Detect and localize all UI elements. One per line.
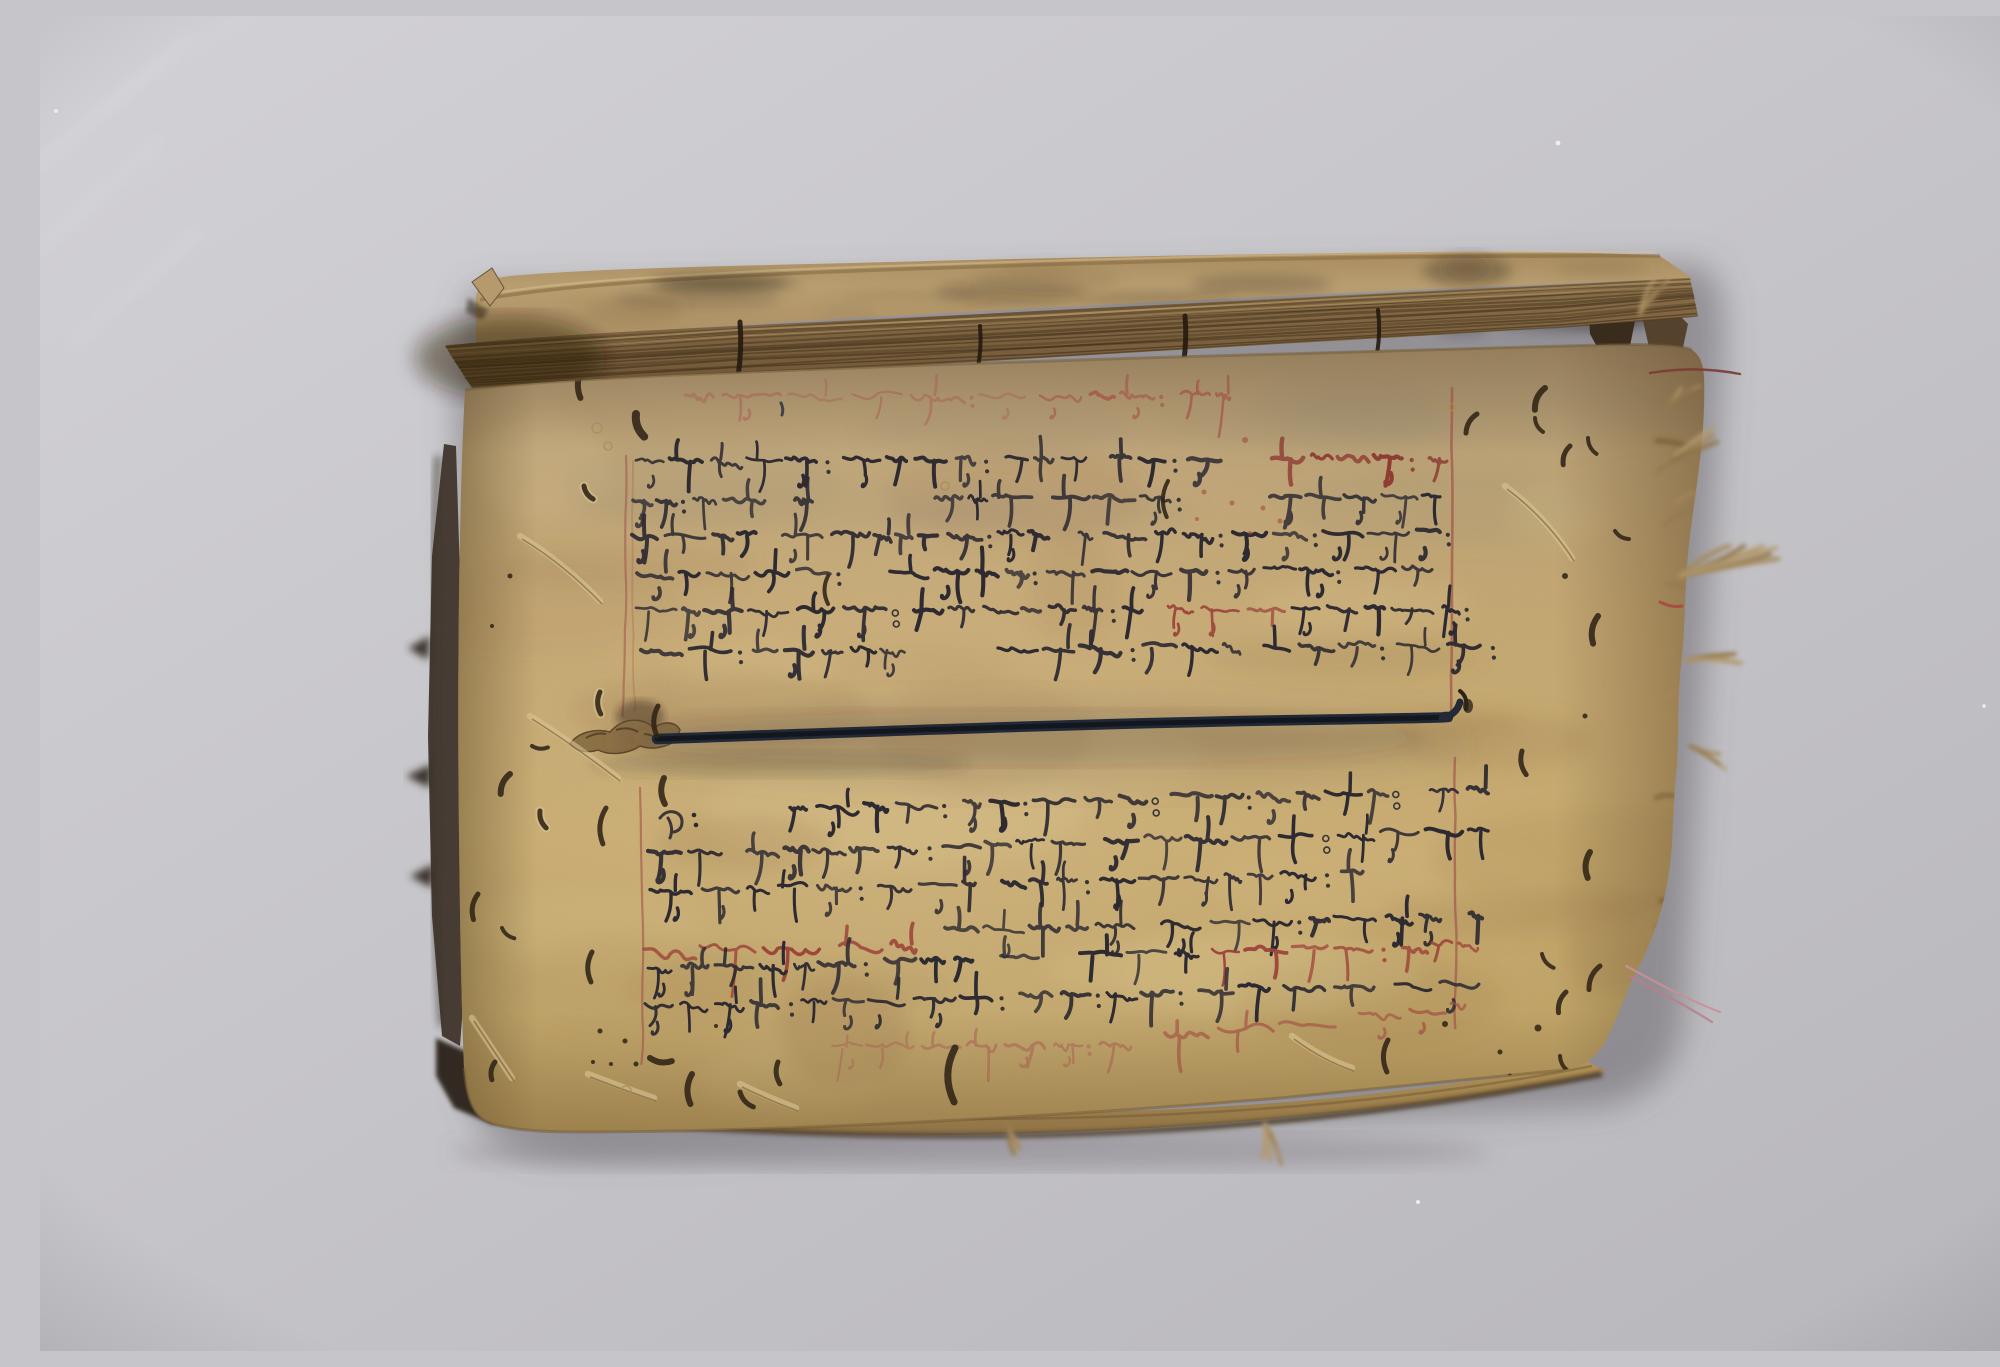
photo-vignette: [40, 16, 2000, 1351]
manuscript-photo: Photograph of an aged handwritten Tibeta…: [40, 16, 2000, 1351]
photo-canvas: Photograph of an aged handwritten Tibeta…: [40, 16, 2000, 1351]
